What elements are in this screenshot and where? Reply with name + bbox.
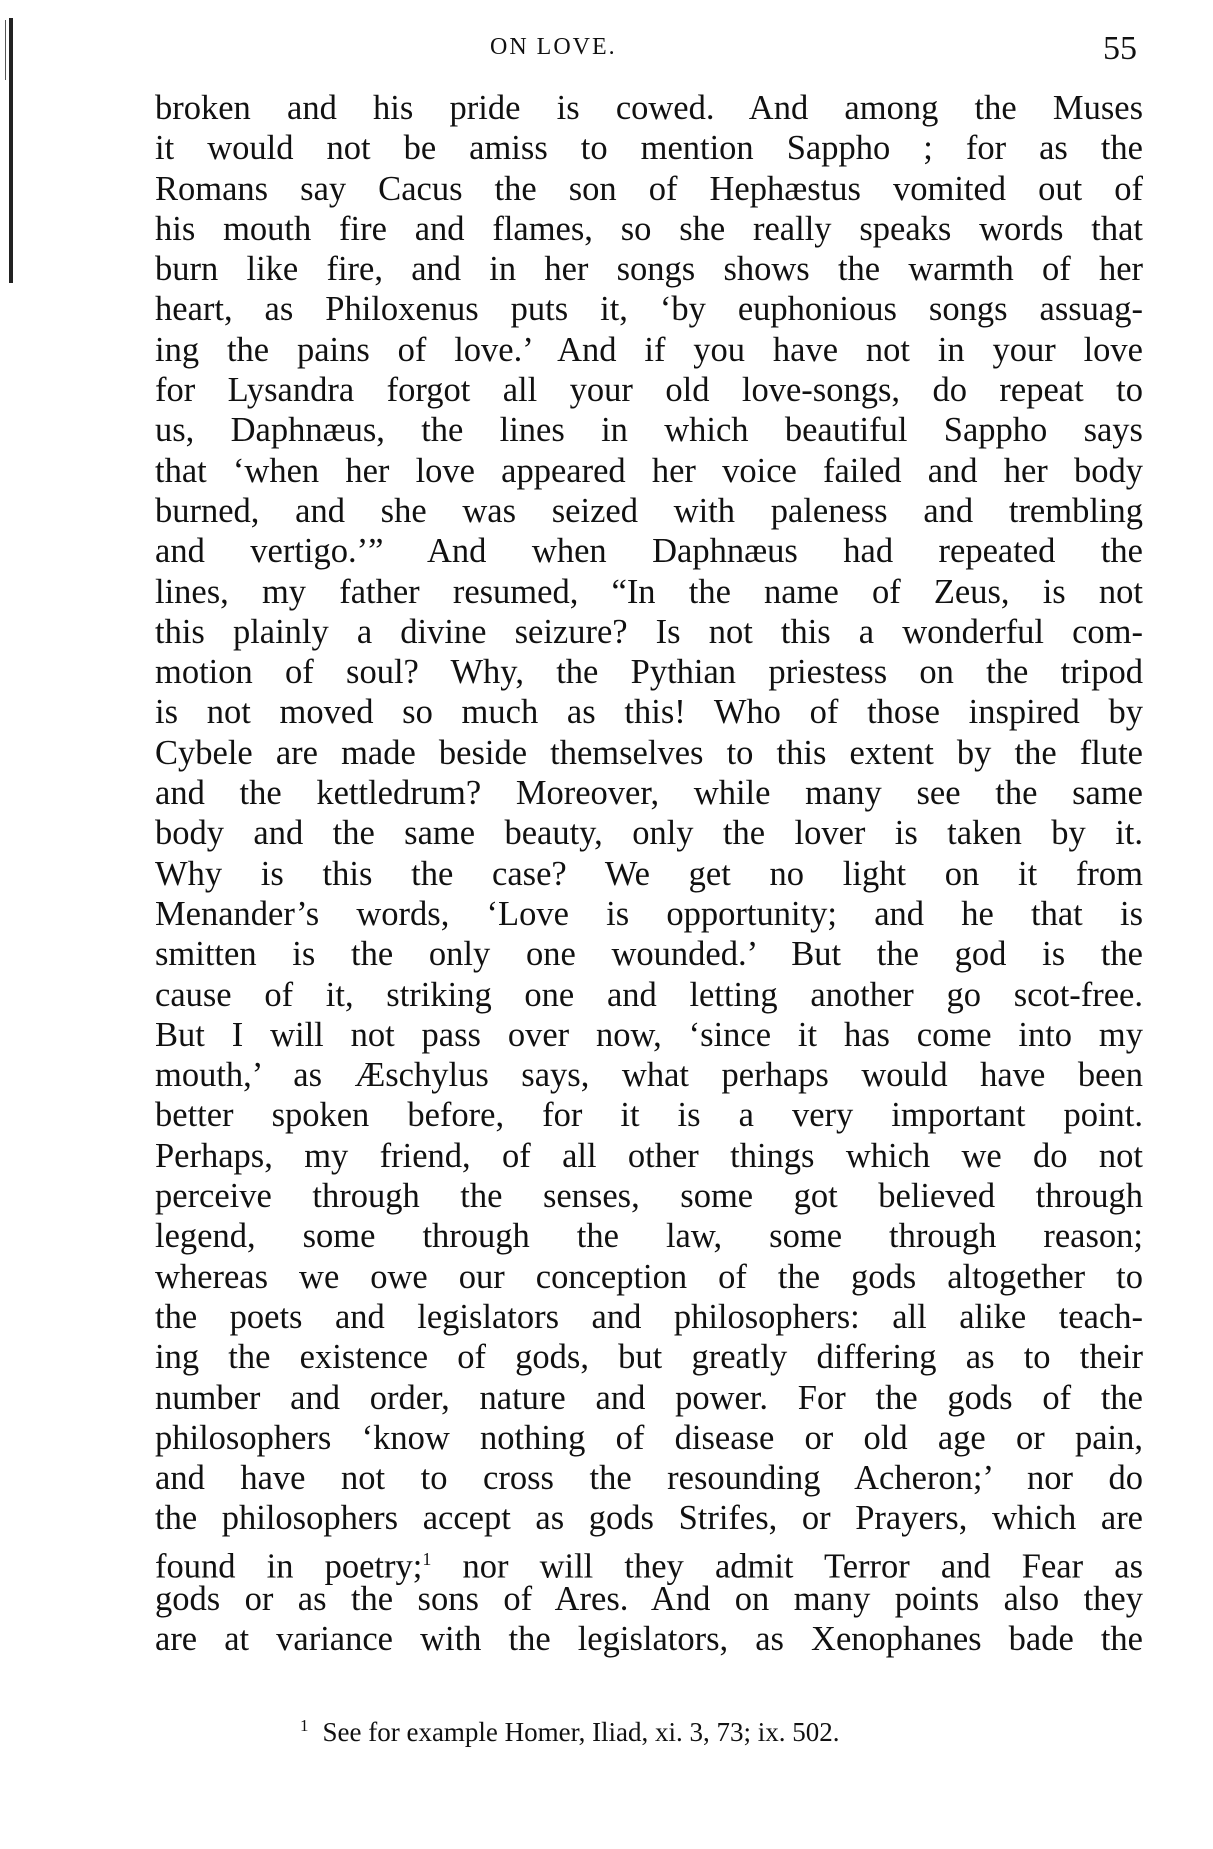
running-header: ON LOVE. 55	[0, 30, 1213, 70]
text-line: it would not be amiss to mention Sappho …	[155, 128, 1143, 168]
text-line: and have not to cross the resounding Ach…	[155, 1458, 1143, 1498]
text-line: mouth,’ as Æschylus says, what perhaps w…	[155, 1055, 1143, 1095]
text-line: better spoken before, for it is a very i…	[155, 1095, 1143, 1135]
footnote-text: See for example Homer, Iliad, xi. 3, 73;…	[323, 1717, 840, 1747]
text-line: legend, some through the law, some throu…	[155, 1216, 1143, 1256]
text-line: heart, as Philoxenus puts it, ‘by euphon…	[155, 289, 1143, 329]
page-number: 55	[1103, 30, 1137, 68]
text-line: us, Daphnæus, the lines in which beautif…	[155, 410, 1143, 450]
text-line: burned, and she was seized with paleness…	[155, 491, 1143, 531]
text-line: and vertigo.’” And when Daphnæus had rep…	[155, 531, 1143, 571]
text-line: perceive through the senses, some got be…	[155, 1176, 1143, 1216]
text-line: the philosophers accept as gods Strifes,…	[155, 1498, 1143, 1538]
text-line-with-footnote-ref: found in poetry;1 nor will they admit Te…	[155, 1539, 1143, 1579]
text-line: body and the same beauty, only the lover…	[155, 813, 1143, 853]
text-line: the poets and legislators and philosophe…	[155, 1297, 1143, 1337]
text-line: whereas we owe our conception of the god…	[155, 1257, 1143, 1297]
body-text: broken and his pride is cowed. And among…	[155, 88, 1143, 1660]
text-line: But I will not pass over now, ‘since it …	[155, 1015, 1143, 1055]
text-line: his mouth fire and flames, so she really…	[155, 209, 1143, 249]
running-title: ON LOVE.	[490, 34, 617, 61]
text-line: are at variance with the legislators, as…	[155, 1619, 1143, 1659]
text-line: gods or as the sons of Ares. And on many…	[155, 1579, 1143, 1619]
text-line: ing the existence of gods, but greatly d…	[155, 1337, 1143, 1377]
text-line: lines, my father resumed, “In the name o…	[155, 572, 1143, 612]
text-line: Why is this the case? We get no light on…	[155, 854, 1143, 894]
text-line: is not moved so much as this! Who of tho…	[155, 692, 1143, 732]
text-line: Cybele are made beside themselves to thi…	[155, 733, 1143, 773]
footnote-reference[interactable]: 1	[422, 1549, 431, 1569]
text-line: motion of soul? Why, the Pythian prieste…	[155, 652, 1143, 692]
text-line: number and order, nature and power. For …	[155, 1378, 1143, 1418]
text-line: this plainly a divine seizure? Is not th…	[155, 612, 1143, 652]
text-line: Menander’s words, ‘Love is opportunity; …	[155, 894, 1143, 934]
footnote: 1See for example Homer, Iliad, xi. 3, 73…	[300, 1716, 840, 1748]
text-line: Perhaps, my friend, of all other things …	[155, 1136, 1143, 1176]
text-line: Romans say Cacus the son of Hephæstus vo…	[155, 169, 1143, 209]
text-line: broken and his pride is cowed. And among…	[155, 88, 1143, 128]
text-line: and the kettledrum? Moreover, while many…	[155, 773, 1143, 813]
text-line: burn like fire, and in her songs shows t…	[155, 249, 1143, 289]
text-line: that ‘when her love appeared her voice f…	[155, 451, 1143, 491]
text-line: smitten is the only one wounded.’ But th…	[155, 934, 1143, 974]
footnote-mark: 1	[300, 1716, 309, 1735]
text-line: cause of it, striking one and letting an…	[155, 975, 1143, 1015]
text-line: ing the pains of love.’ And if you have …	[155, 330, 1143, 370]
text-line: for Lysandra forgot all your old love-so…	[155, 370, 1143, 410]
text-line: philosophers ‘know nothing of disease or…	[155, 1418, 1143, 1458]
